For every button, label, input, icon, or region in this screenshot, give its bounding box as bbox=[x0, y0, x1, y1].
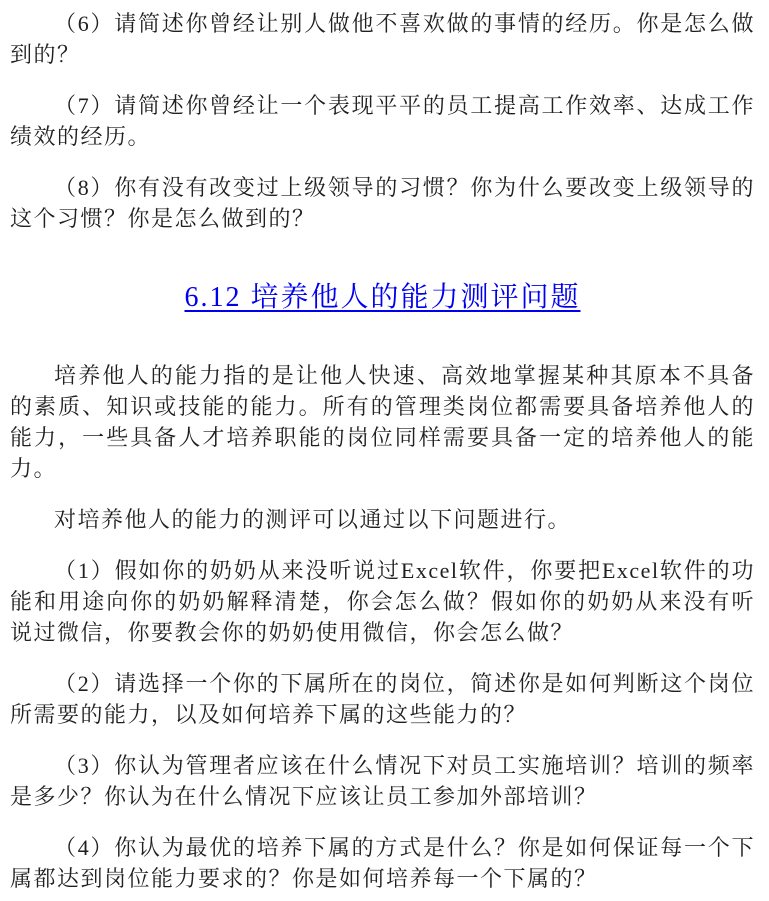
question-paragraph-4: （4）你认为最优的培养下属的方式是什么？你是如何保证每一个下属都达到岗位能力要求… bbox=[10, 832, 755, 894]
question-paragraph-2: （2）请选择一个你的下属所在的岗位，简述你是如何判断这个岗位所需要的能力，以及如… bbox=[10, 668, 755, 730]
question-paragraph-1: （1）假如你的奶奶从来没听说过Excel软件，你要把Excel软件的功能和用途向… bbox=[10, 555, 755, 648]
question-paragraph-3: （3）你认为管理者应该在什么情况下对员工实施培训？培训的频率是多少？你认为在什么… bbox=[10, 750, 755, 812]
document-page: （6）请简述你曾经让别人做他不喜欢做的事情的经历。你是怎么做到的？ （7）请简述… bbox=[0, 0, 769, 901]
question-paragraph-7: （7）请简述你曾经让一个表现平平的员工提高工作效率、达成工作绩效的经历。 bbox=[10, 90, 755, 152]
lead-in-paragraph: 对培养他人的能力的测评可以通过以下问题进行。 bbox=[10, 504, 755, 535]
section-heading-link[interactable]: 6.12 培养他人的能力测评问题 bbox=[10, 278, 755, 318]
question-paragraph-8: （8）你有没有改变过上级领导的习惯？你为什么要改变上级领导的这个习惯？你是怎么做… bbox=[10, 172, 755, 234]
question-paragraph-6: （6）请简述你曾经让别人做他不喜欢做的事情的经历。你是怎么做到的？ bbox=[10, 8, 755, 70]
intro-paragraph: 培养他人的能力指的是让他人快速、高效地掌握某种其原本不具备的素质、知识或技能的能… bbox=[10, 360, 755, 484]
